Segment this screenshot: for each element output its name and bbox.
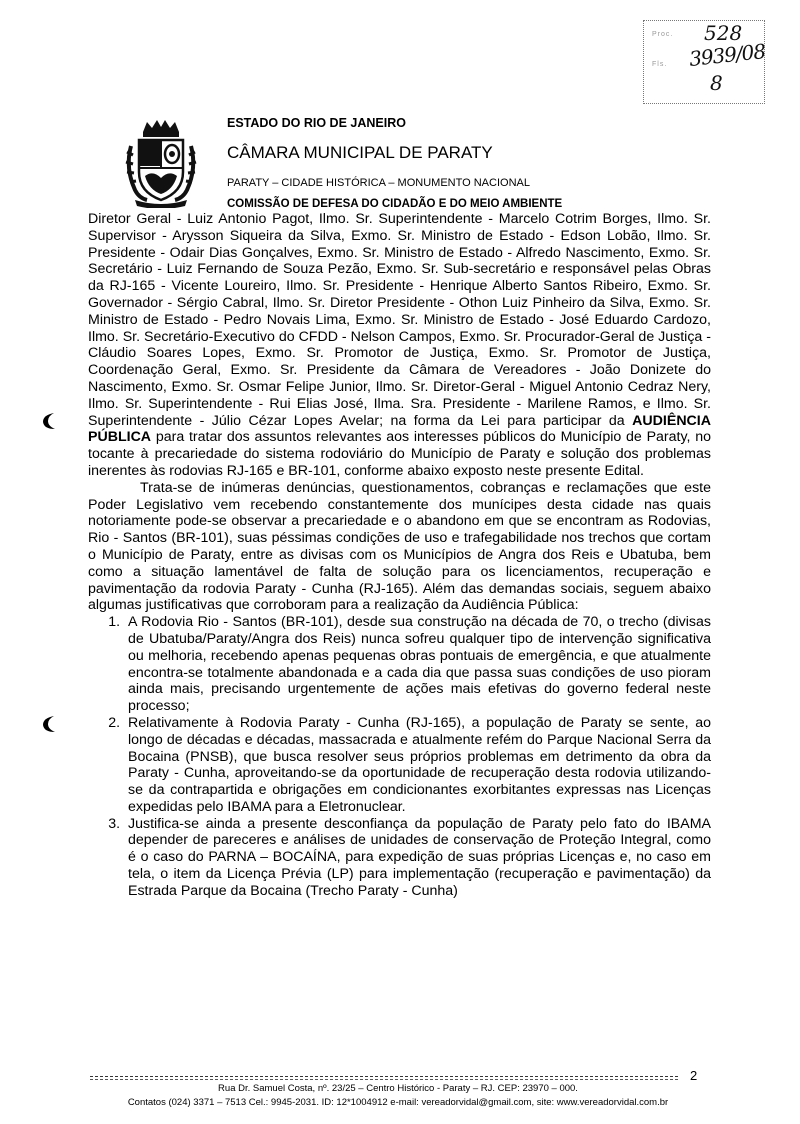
letterhead-state: ESTADO DO RIO DE JANEIRO: [227, 116, 406, 130]
handwritten-initials: 8: [710, 71, 723, 95]
list-item: Relativamente à Rodovia Paraty - Cunha (…: [124, 715, 711, 816]
footer-divider: [90, 1079, 678, 1080]
footer-divider: [90, 1076, 678, 1077]
stamp-label-fls: Fls.: [652, 61, 667, 68]
coat-of-arms-icon: [121, 118, 201, 208]
letterhead-city: PARATY – CIDADE HISTÓRICA – MONUMENTO NA…: [227, 177, 530, 189]
punch-hole-mark-icon: [42, 715, 56, 733]
protocol-stamp: Proc. Fls. 528 3939/08 8: [643, 20, 765, 104]
list-item: A Rodovia Rio - Santos (BR-101), desde s…: [124, 614, 711, 715]
stamp-label-proc: Proc.: [652, 31, 673, 38]
addressees-text: Diretor Geral - Luiz Antonio Pagot, Ilmo…: [88, 211, 711, 429]
list-item: Justifica-se ainda a presente desconfian…: [124, 816, 711, 900]
footer-contacts: Contatos (024) 3371 – 7513 Cel.: 9945-20…: [88, 1097, 708, 1108]
email-link[interactable]: vereadorvidal@gmail.com: [421, 1097, 531, 1108]
footer-address: Rua Dr. Samuel Costa, nº. 23/25 – Centro…: [88, 1083, 708, 1094]
document-body: Diretor Geral - Luiz Antonio Pagot, Ilmo…: [88, 211, 711, 900]
footer-contacts-prefix: Contatos (024) 3371 – 7513 Cel.: 9945-20…: [128, 1097, 422, 1108]
justification-list: A Rodovia Rio - Santos (BR-101), desde s…: [88, 614, 711, 900]
addressees-paragraph: Diretor Geral - Luiz Antonio Pagot, Ilmo…: [88, 211, 711, 480]
footer-contacts-suffix: , site: www.vereadorvidal.com.br: [531, 1097, 668, 1108]
justification-paragraph: Trata-se de inúmeras denúncias, question…: [88, 480, 711, 614]
handwritten-process-number: 3939/08: [688, 39, 766, 71]
page-number: 2: [690, 1068, 697, 1083]
punch-hole-mark-icon: [42, 412, 56, 430]
addressees-tail-text: para tratar dos assuntos relevantes aos …: [88, 429, 711, 479]
letterhead-commission: COMISSÃO DE DEFESA DO CIDADÃO E DO MEIO …: [227, 198, 562, 210]
letterhead-chamber: CÂMARA MUNICIPAL DE PARATY: [227, 143, 493, 163]
